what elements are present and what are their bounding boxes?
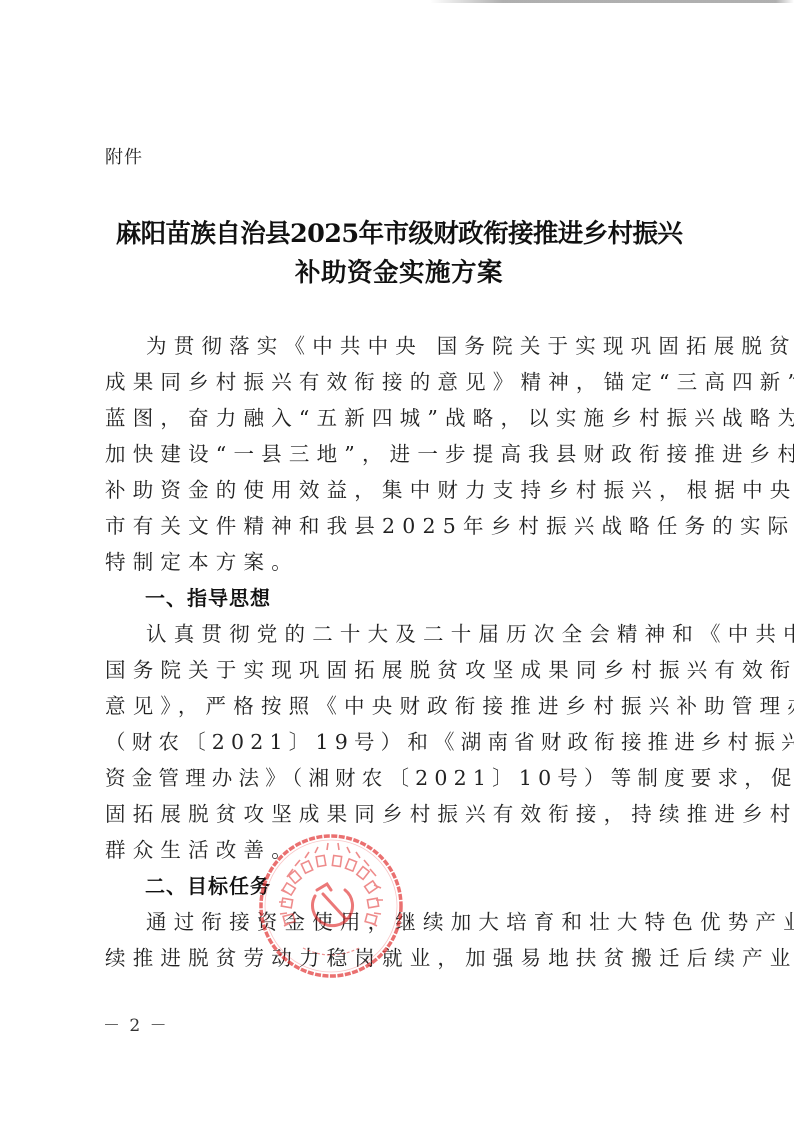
section-1-line: 固拓展脱贫攻坚成果同乡村振兴有效衔接，持续推进乡村发展和 [105,796,794,832]
preamble-line: 补助资金的使用效益，集中财力支持乡村振兴，根据中央、省、 [105,472,794,508]
section-1-line: （财农〔2021〕19号）和《湖南省财政衔接推进乡村振兴补助 [105,724,794,760]
attachment-label: 附件 [105,146,143,170]
section-1-line: 认真贯彻党的二十大及二十届历次全会精神和《中共中央 [105,616,794,652]
preamble-line: 特制定本方案。 [105,544,299,580]
preamble-line: 为贯彻落实《中共中央 国务院关于实现巩固拓展脱贫攻坚 [105,328,794,364]
preamble-line: 成果同乡村振兴有效衔接的意见》精神，锚定“三高四新”美好 [105,364,794,400]
document-title-line-2: 补助资金实施方案 [100,254,698,293]
section-2-line: 续推进脱贫劳动力稳岗就业，加强易地扶贫搬迁后续产业扶持， [105,940,794,976]
section-heading-2: 二、目标任务 [145,868,271,904]
section-1-line: 国务院关于实现巩固拓展脱贫攻坚成果同乡村振兴有效衔接的 [105,652,794,688]
section-1-line: 资金管理办法》（湘财农〔2021〕10号）等制度要求，促进巩 [105,760,794,796]
section-2-line: 通过衔接资金使用，继续加大培育和壮大特色优势产业，持 [105,904,794,940]
section-1-line: 意见》，严格按照《中央财政衔接推进乡村振兴补助管理办法》 [105,688,794,724]
document-title-line-1: 麻阳苗族自治县2025年市级财政衔接推进乡村振兴 [100,215,698,254]
preamble-line: 加快建设“一县三地”，进一步提高我县财政衔接推进乡村振兴 [105,436,794,472]
preamble-line: 蓝图，奋力融入“五新四城”战略，以实施乡村振兴战略为引领， [105,400,794,436]
page-number: － 2 － [103,1014,169,1038]
section-heading-1: 一、指导思想 [145,580,271,616]
section-1-line: 群众生活改善。 [105,832,299,868]
scan-edge [430,0,794,3]
preamble-line: 市有关文件精神和我县2025年乡村振兴战略任务的实际情况， [105,508,794,544]
